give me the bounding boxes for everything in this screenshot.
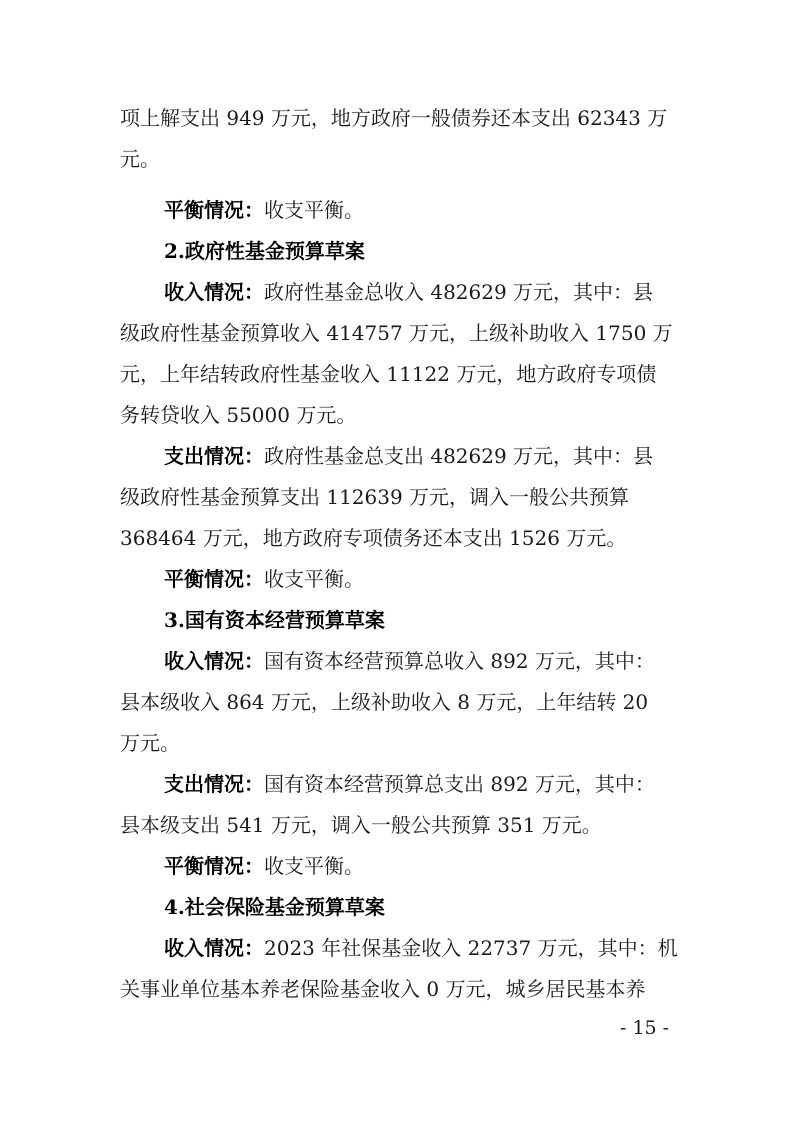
- paragraph-label: 收入情况：: [164, 649, 264, 673]
- body-line: 县本级收入 864 万元，上级补助收入 8 万元，上年结转 20: [120, 688, 648, 716]
- body-line: 级政府性基金预算支出 112639 万元，调入一般公共预算: [120, 483, 629, 511]
- paragraph-text: 政府性基金总支出 482629 万元，其中：县: [264, 444, 653, 468]
- paragraph-text: 2023 年社保基金收入 22737 万元，其中：机: [264, 936, 678, 960]
- paragraph-label: 平衡情况：: [164, 198, 264, 222]
- paragraph-text: 政府性基金总收入 482629 万元，其中：县: [264, 280, 653, 304]
- body-line: 务转贷收入 55000 万元。: [120, 401, 356, 429]
- paragraph-text: 国有资本经营预算总支出 892 万元，其中：: [264, 772, 655, 796]
- body-line: 万元。: [120, 729, 180, 757]
- body-line: 368464 万元，地方政府专项债务还本支出 1526 万元。: [120, 524, 626, 552]
- income-paragraph: 收入情况：政府性基金总收入 482629 万元，其中：县: [164, 278, 653, 306]
- balance-paragraph: 平衡情况：收支平衡。: [164, 565, 364, 593]
- paragraph-text: 收支平衡。: [264, 567, 364, 591]
- paragraph-text: 国有资本经营预算总收入 892 万元，其中：: [264, 649, 655, 673]
- page-number: - 15 -: [620, 1017, 669, 1039]
- body-line: 项上解支出 949 万元，地方政府一般债券还本支出 62343 万: [120, 104, 667, 132]
- section-heading: 2.政府性基金预算草案: [164, 237, 365, 265]
- body-line: 关事业单位基本养老保险基金收入 0 万元，城乡居民基本养: [120, 975, 645, 1003]
- balance-paragraph: 平衡情况：收支平衡。: [164, 852, 364, 880]
- body-line: 县本级支出 541 万元，调入一般公共预算 351 万元。: [120, 811, 602, 839]
- income-paragraph: 收入情况：国有资本经营预算总收入 892 万元，其中：: [164, 647, 655, 675]
- body-line: 元，上年结转政府性基金收入 11122 万元，地方政府专项债: [120, 360, 656, 388]
- paragraph-label: 平衡情况：: [164, 854, 264, 878]
- body-line: 元。: [120, 145, 160, 173]
- income-paragraph: 收入情况：2023 年社保基金收入 22737 万元，其中：机: [164, 934, 678, 962]
- expenditure-paragraph: 支出情况：国有资本经营预算总支出 892 万元，其中：: [164, 770, 655, 798]
- paragraph-text: 收支平衡。: [264, 854, 364, 878]
- expenditure-paragraph: 支出情况：政府性基金总支出 482629 万元，其中：县: [164, 442, 653, 470]
- paragraph-text: 收支平衡。: [264, 198, 364, 222]
- paragraph-label: 支出情况：: [164, 444, 264, 468]
- paragraph-label: 收入情况：: [164, 936, 264, 960]
- section-heading: 4.社会保险基金预算草案: [164, 893, 385, 921]
- paragraph-label: 平衡情况：: [164, 567, 264, 591]
- paragraph-label: 收入情况：: [164, 280, 264, 304]
- paragraph-label: 支出情况：: [164, 772, 264, 796]
- section-heading: 3.国有资本经营预算草案: [164, 606, 385, 634]
- body-line: 级政府性基金预算收入 414757 万元，上级补助收入 1750 万: [120, 319, 673, 347]
- balance-paragraph: 平衡情况：收支平衡。: [164, 196, 364, 224]
